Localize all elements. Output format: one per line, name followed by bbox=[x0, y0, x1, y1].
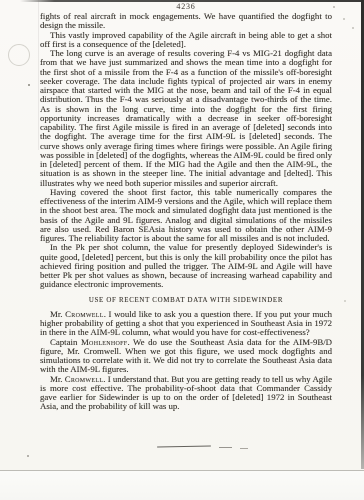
scan-artifact-pen-mark bbox=[219, 447, 232, 448]
dialogue-section: Mr. Cromwell. I would like to ask you a … bbox=[40, 310, 332, 412]
scan-background bbox=[0, 470, 364, 500]
scan-artifact-speck bbox=[333, 6, 335, 8]
scan-artifact-speck bbox=[344, 300, 346, 302]
speaker-name: Mr. Cromwell bbox=[50, 309, 104, 319]
scan-artifact-arc bbox=[8, 44, 30, 66]
scan-streak bbox=[38, 0, 39, 150]
page-number: 4236 bbox=[40, 2, 332, 11]
scan-artifact-pen-mark bbox=[157, 446, 211, 448]
scan-artifact-speck bbox=[352, 27, 354, 29]
paragraph: Having covered the shoot first factor, t… bbox=[40, 188, 332, 244]
scan-artifact-speck bbox=[343, 18, 345, 20]
paragraph: This vastly improved capability of the A… bbox=[40, 31, 332, 50]
page-text: fights of real aircraft in mock engageme… bbox=[40, 12, 332, 412]
body-text: fights of real aircraft in mock engageme… bbox=[40, 12, 332, 290]
speaker-name: Mr. Cromwell bbox=[50, 374, 103, 384]
scanned-page: 4236 fights of real aircraft in mock eng… bbox=[0, 0, 364, 470]
scan-artifact-speck bbox=[27, 455, 29, 457]
scan-artifact-pen-mark bbox=[240, 448, 248, 449]
paragraph: In the Pk per shot column, the value for… bbox=[40, 243, 332, 289]
section-heading: USE OF RECENT COMBAT DATA WITH SIDEWINDE… bbox=[40, 296, 332, 305]
scan-edge-top bbox=[20, 0, 364, 2]
dialogue-paragraph: Captain Mohlenhoff. We do use the Southe… bbox=[40, 338, 332, 375]
dialogue-paragraph: Mr. Cromwell. I would like to ask you a … bbox=[40, 310, 332, 338]
scan-artifact-speck bbox=[28, 84, 30, 86]
speaker-name: Captain Mohlenhoff bbox=[50, 337, 127, 347]
paragraph: The long curve is an average of results … bbox=[40, 49, 332, 188]
paragraph: fights of real aircraft in mock engageme… bbox=[40, 12, 332, 31]
dialogue-paragraph: Mr. Cromwell. I understand that. But you… bbox=[40, 375, 332, 412]
